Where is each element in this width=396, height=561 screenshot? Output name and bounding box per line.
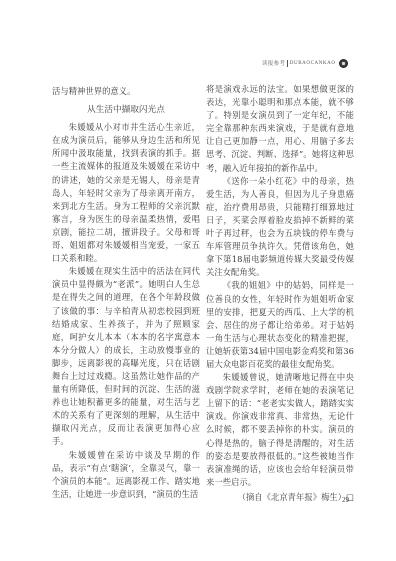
paragraph: 《我的姐姐》中的姑妈，同样是一位善良的女性，年轻时作为姐姐听命家里的安排，把夏天… — [206, 279, 354, 371]
emblem-icon — [339, 59, 348, 68]
section-title-cn: 读报参考 — [262, 59, 285, 67]
right-column: 将是演戏永远的法宝。如果想做更深的表达，光靠小聪明和那点本能，就不够了。特别是女… — [206, 83, 354, 504]
section-heading: 从生活中撷取闪光点 — [52, 104, 200, 117]
page-header: 读报参考 DUBAOCANKAO — [262, 57, 348, 69]
paragraph: 《送你一朵小红花》中的母亲，热爱生活，为人善良，但因为儿子身患癌症，治疗费用昂贵… — [206, 175, 354, 280]
section-title-en: DUBAOCANKAO — [290, 61, 336, 66]
paragraph: 朱媛媛从小对市井生活心生亲近，在成为演员后，能够从身边生活和所见所闻中汲取能量，… — [52, 121, 200, 265]
source-attribution: （摘自《北京青年报》梅生）□ — [206, 491, 354, 504]
left-column: 活与精神世界的意义。 从生活中撷取闪光点 朱媛媛从小对市井生活心生亲近，在成为演… — [52, 85, 200, 501]
paragraph: 朱媛媛在现实生活中的活法在同代演员中显得颇为“老派”。她明白人生总是在得失之间的… — [52, 265, 200, 448]
header-divider — [287, 60, 288, 67]
paragraph: 将是演戏永远的法宝。如果想做更深的表达，光靠小聪明和那点本能，就不够了。特别是女… — [206, 83, 354, 175]
paragraph: 活与精神世界的意义。 — [52, 85, 200, 98]
paragraph: 朱媛媛曾说，她清晰地记得在中央戏剧学院求学时，老师在她的表演笔记上留下的话：“老… — [206, 371, 354, 489]
paragraph: 朱媛媛曾在采访中谈及早期的作品，表示“有点‘瞎演’，全靠灵气，靠一个演员的本能”… — [52, 449, 200, 501]
page-number: 29 — [342, 496, 349, 504]
